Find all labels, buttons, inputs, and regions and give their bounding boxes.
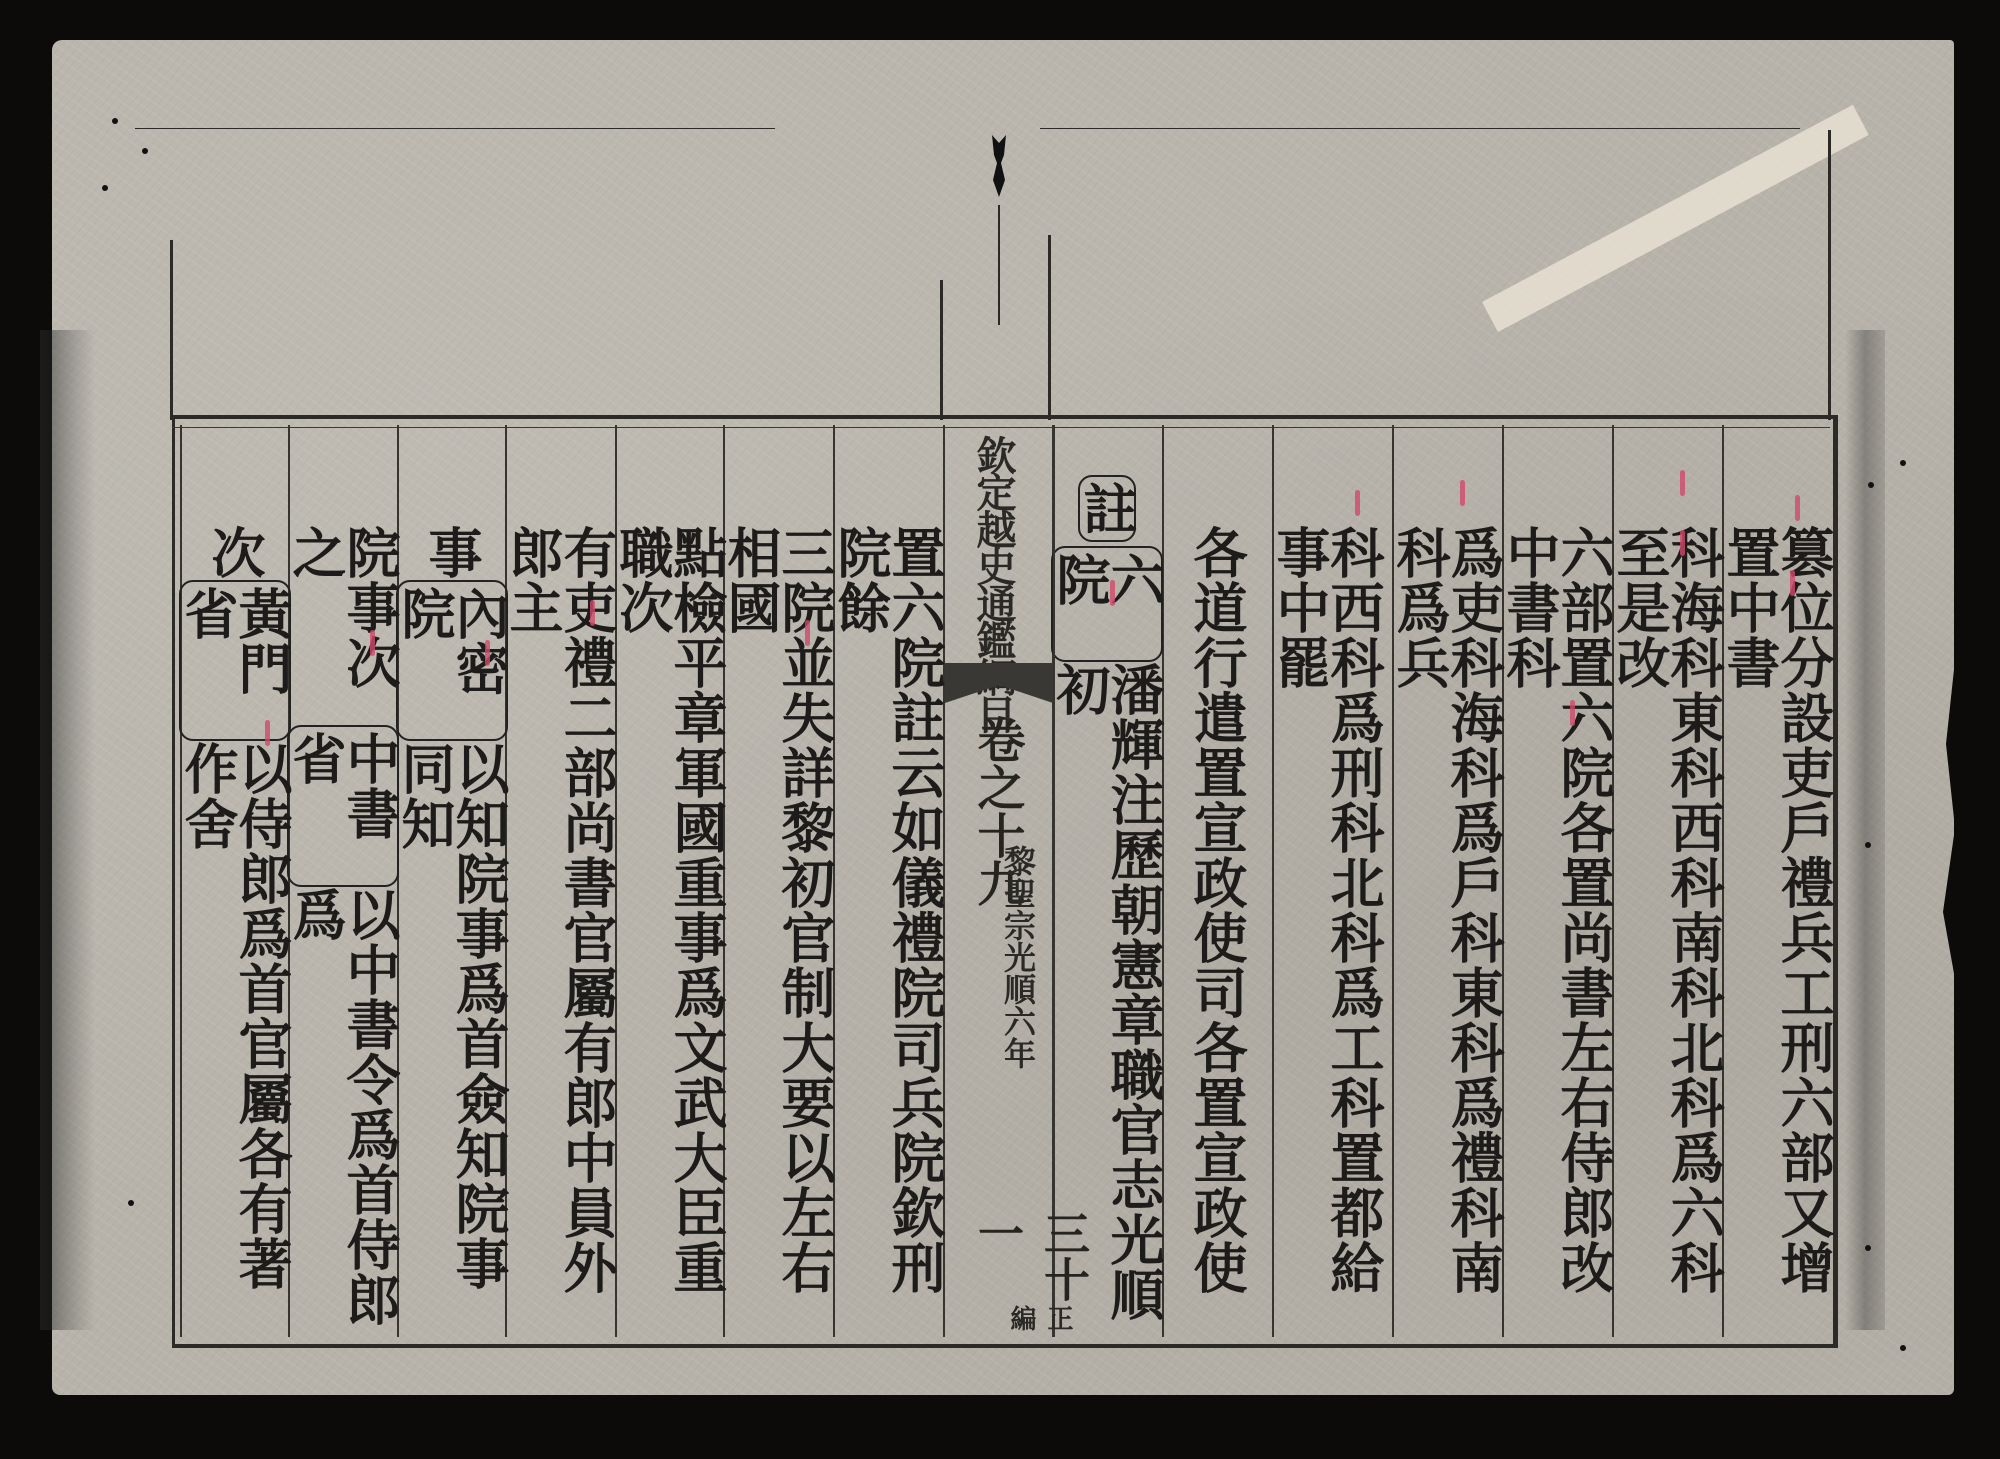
text-column: 註 六院 潘輝注歷朝憲章職官志光順初 [1052,425,1160,1337]
ink-smudge-left [40,330,95,1330]
text-column: 次 黃門省 以侍郎爲首官屬各有著作舍 [180,425,288,1337]
series-label: 正編 [1003,1305,1077,1337]
column-text: 點檢平章軍國重事爲文武大臣重職次 [616,525,724,1337]
column-text: 以知院事爲首僉知院事同知 [398,741,506,1337]
red-punctuation-mark [1110,580,1115,606]
topic-label-boxed: 六院 [1051,546,1163,662]
text-column: 六部置六院各置尚書左右侍郎改中書科 [1502,425,1610,1337]
center-column: 欽定越史通鑑綱目 卷之十九 黎聖宗光順六年 三十一 正編 [943,425,1055,1337]
upper-margin-line [1040,128,1800,129]
column-text: 置六院註云如儀禮院司兵院欽刑院餘 [834,525,942,1337]
column-text: 篡位分設吏戶禮兵工刑六部又增置中書 [1723,525,1831,1337]
worm-hole [1900,1345,1906,1351]
worm-hole [112,118,118,124]
red-punctuation-mark [1460,480,1465,506]
red-punctuation-mark [1680,470,1685,496]
red-punctuation-mark [1790,570,1795,596]
upper-margin-line [170,240,173,420]
office-label-boxed: 黃門省 [179,580,291,741]
column-lead: 事 [425,525,479,580]
worm-hole [1865,842,1871,848]
red-punctuation-mark [265,720,270,746]
text-column: 點檢平章軍國重事爲文武大臣重職次 [615,425,723,1337]
column-text: 爲吏科海科爲戶科東科爲禮科南科爲兵 [1393,525,1501,1337]
worm-hole [102,185,108,191]
text-column: 各道行遣置宣政使司各置宣政使 [1162,425,1270,1337]
worm-hole [1865,1245,1871,1251]
red-punctuation-mark [1355,490,1360,516]
column-text: 各道行遣置宣政使司各置宣政使 [1190,525,1244,1295]
text-column: 篡位分設吏戶禮兵工刑六部又增置中書 [1722,425,1830,1337]
red-punctuation-mark [805,620,810,646]
text-column: 科海科東科西科南科北科爲六科至是改 [1612,425,1720,1337]
red-punctuation-mark [1570,700,1575,726]
text-column: 事 內密院 以知院事爲首僉知院事同知 [397,425,505,1337]
worm-hole [1868,482,1874,488]
upper-margin-line [1828,130,1831,420]
red-punctuation-mark [485,640,490,666]
office-label-boxed: 中書省 [287,725,399,887]
office-label-boxed: 內密院 [396,580,508,741]
ink-smudge-right [1845,330,1885,1330]
column-text: 六部置六院各置尚書左右侍郎改中書科 [1503,525,1611,1337]
reign-label: 黎聖宗光順六年 [995,845,1041,1069]
column-lead: 次 [208,525,262,580]
text-column: 置六院註云如儀禮院司兵院欽刑院餘 [833,425,941,1337]
text-column: 院事次之 中書省 以中書令爲首侍郎爲 [288,425,396,1337]
worm-hole [142,148,148,154]
center-fold-line [998,205,1000,325]
upper-margin-line [1048,235,1051,420]
red-punctuation-mark [370,630,375,656]
text-column: 有吏禮二部尚書官屬有郎中員外郎主 [505,425,613,1337]
column-text: 三院並失詳黎初官制大要以左右相國 [724,525,832,1337]
column-text: 有吏禮二部尚書官屬有郎中員外郎主 [506,525,614,1337]
worm-hole [128,1200,134,1206]
text-column: 爲吏科海科爲戶科東科爲禮科南科爲兵 [1392,425,1500,1337]
worm-hole [1900,460,1906,466]
text-column: 三院並失詳黎初官制大要以左右相國 [723,425,831,1337]
column-lead: 院事次之 [289,525,397,725]
annotation-label-boxed: 註 [1078,475,1136,542]
column-text: 科海科東科西科南科北科爲六科至是改 [1613,525,1721,1337]
red-punctuation-mark [590,600,595,626]
text-column: 科西科爲刑科北科爲工科置都給事中罷 [1272,425,1380,1337]
upper-margin-line [940,280,943,420]
red-punctuation-mark [1795,495,1800,521]
column-text: 科西科爲刑科北科爲工科置都給事中罷 [1273,525,1381,1337]
upper-margin-line [135,128,775,129]
red-punctuation-mark [1680,530,1685,556]
column-text: 以侍郎爲首官屬各有著作舍 [181,741,289,1337]
column-text: 以中書令爲首侍郎爲 [289,887,397,1337]
fishtail-mark-icon [992,135,1006,205]
